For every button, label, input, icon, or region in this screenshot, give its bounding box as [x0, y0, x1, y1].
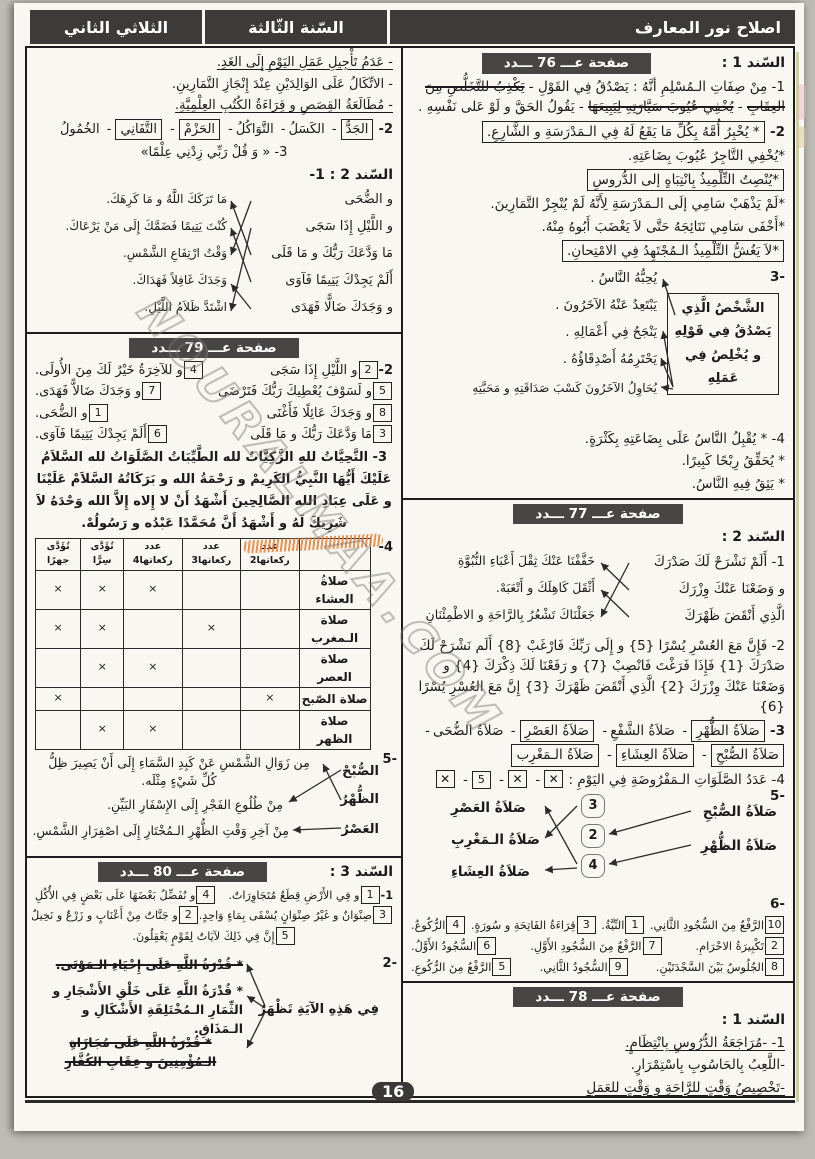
section-79-header: صفحة عـــ 79 ـــدد	[35, 338, 393, 358]
boxed-answer: *لاَ يَغُشُّ التِّلْمِيذُ الـمُجْتَهِدُ …	[562, 240, 784, 262]
page-number: 16	[372, 1082, 414, 1101]
r77-q6-row3: 8الجُلُوسُ بَيْنَ السَّجْدَتَيْنِ. 9السُ…	[411, 958, 785, 977]
l79-q2-row2: 5و لَسَوْفَ يُعْطِيكَ رَبُّكَ فَتَرْضَى …	[35, 382, 393, 402]
l80-q2-pivot: فِي هَذِهِ الآيَةِ تَظْهَرُ	[258, 1000, 379, 1020]
sanad-3-label: السّند 3 :	[330, 862, 393, 883]
header-title-label: اصلاح نور المعارف	[635, 18, 781, 37]
header-trimester-label: الثلاثي الثاني	[64, 18, 168, 37]
boxed-answer: الحَزْمْ	[179, 119, 220, 141]
match-item: يُحَاوِلُ الآخَرُونَ كَسْبَ صَدَاقَتِهِ …	[472, 379, 657, 397]
match-item: وَجَدَكَ غَافِلاً فَهَدَاكَ.	[133, 271, 227, 289]
match-item: صَلاَةُ العَصْرِ	[451, 798, 526, 818]
left-column: - عَدَمُ تَأْجِيلِ عَمَلِ اليَوْمِ إِلَى…	[25, 46, 403, 1098]
r78-line1: 1- -مُرَاجَعَةُ الدُّرُوسِ بِانْتِظَامٍ.	[411, 1033, 785, 1053]
section-80-header: السّند 3 : صفحة عـــ 80 ـــدد	[35, 862, 393, 883]
r76-q2-line4: *لَمْ يَذْهَبْ سَامِي إلَى الـمَدْرَسَةِ…	[411, 194, 785, 214]
boxed-answer: التَّفَانِي	[115, 119, 162, 141]
page-80-badge: صفحة عـــ 80 ـــدد	[98, 862, 267, 882]
l79-q2-row4: 3مَا وَدَّعَكَ رَبُّكَ و مَا قَلَى 6أَلَ…	[35, 425, 393, 445]
table-row: صلاة الصّبح ××	[36, 687, 371, 710]
match-item: و وَضَعْنَا عَنْكَ وِزْرَكَ	[679, 579, 785, 599]
answer-circle: 3	[581, 794, 605, 818]
l79-q4-label: 4-	[379, 538, 393, 558]
match-item: أَلَمْ يَجِدْكَ يَتِيمًا فَآوَى	[285, 271, 393, 291]
header-grade: السّنة الثّالثة	[205, 10, 387, 44]
page-79-badge: صفحة عـــ 79 ـــدد	[129, 338, 298, 358]
match-item: مِن زَوَالِ الشَّمْسِ عَنْ كَبِدِ السَّم…	[39, 754, 319, 792]
scan-smudge-tan	[796, 126, 806, 148]
r77-q1-matching: 1- أَلَمْ نَشْرَحْ لَكَ صَدْرَكَ و وَضَع…	[411, 550, 785, 634]
match-item: كُنْتَ يَتِيمًا فَضَمَّكَ إِلَى مَنْ يَر…	[65, 217, 227, 235]
r77-q4-line: 4- عَدَدُ الصَّلَوَاتِ الـمَفْرُوضَةِ فِ…	[411, 770, 785, 790]
table-header: عدد ركعاتها2	[241, 539, 300, 571]
r76-q1-text: 1- مِنْ صِفَاتِ الـمُسْلِمِ أنَّهُ : يَص…	[529, 79, 785, 95]
ltop-q3-line: 3- « وَ قُلْ رَبِّي زِدْنِي عِلْمًا»	[35, 143, 393, 163]
table-row: صلاة الظهر ××	[36, 710, 371, 749]
r76-q4-line2: * يُحَقِّقُ رِبْحًا كَبِيرًا.	[411, 451, 785, 471]
l80-q1-row3: 5إِنَّ فِي ذَلِكَ لآيَاتٌ لِقَوْمٍ يَعْق…	[35, 927, 393, 946]
table-header-row: عدد ركعاتها2 عدد ركعاتها3 عدد ركعاتها4 ت…	[36, 539, 371, 571]
section-divider	[403, 981, 793, 983]
boxed-answer: الجَدُّ	[341, 119, 374, 141]
match-item: * قُدْرَةُ اللَّهِ عَلَى مُجَازَاةِ الـم…	[48, 1034, 233, 1072]
page-header: الثلاثي الثاني السّنة الثّالثة اصلاح نور…	[30, 10, 795, 44]
boxed-answer: * يُخْبِرُ أُمَّهُ بِكُلِّ مَا يَقَعُ لَ…	[482, 121, 765, 143]
boxed-answer: صَلاَةُ العَصْرِ	[520, 720, 594, 742]
ls2-matching: و الضُّحَى و اللَّيْلِ إِذَا سَجَى مَا و…	[35, 188, 393, 328]
sanad-1-label: السّند 1 :	[722, 53, 785, 74]
section-divider	[27, 332, 401, 334]
r76-q2-line6: *لاَ يَغُشُّ التِّلْمِيذُ الـمُجْتَهِدُ …	[411, 239, 785, 263]
sanad-2-label: السّند 2 :	[411, 527, 785, 548]
answer-box: 5	[472, 771, 491, 789]
page-76-badge: صفحة عـــ 76 ـــدد	[482, 53, 651, 73]
match-item: الَّذِي أَنْقَضَ ظَهْرَكَ	[684, 606, 785, 626]
match-item: و اللَّيْلِ إِذَا سَجَى	[306, 217, 393, 237]
r76-q4-line1: 4- * يُقْبِلُ النَّاسُ عَلَى بِضَاعَتِهِ…	[411, 429, 785, 449]
section-76-header: السّند 1 : صفحة عـــ 76 ـــدد	[411, 53, 785, 74]
l80-q1-row1: 1-1و فِي الأَرْضِ قِطَعٌ مُتَجَاوِرَاتٌ.…	[35, 886, 393, 905]
r76-q3-matching: -3 الشَّخْصُ الَّذِي يَصْدُقُ فِي قَوْلِ…	[411, 267, 785, 425]
page-77-badge: صفحة عـــ 77 ـــدد	[513, 504, 682, 524]
r76-q2-line3: *يُنْصِتُ التِّلْمِيذُ بِانْتِبَاهٍ إلى …	[411, 168, 785, 192]
header-grade-label: السّنة الثّالثة	[248, 18, 344, 37]
match-item: صَلاَةُ العِشَاءِ	[451, 862, 530, 882]
table-header: تُؤَدَّى جهرًا	[36, 539, 81, 571]
crossed-box: ✕	[436, 770, 455, 788]
r76-q2-line2: *يُخْفِي التَّاجِرُ عُيُوبَ بِضَاعَتِهِ.	[411, 146, 785, 166]
r76-q3-pivot-box: الشَّخْصُ الَّذِي يَصْدُقُ فِي قَوْلِهِ …	[667, 293, 779, 395]
answer-circle: 2	[581, 824, 605, 848]
match-item: يَنْجَحُ فِي أَعْمَالِهِ .	[565, 323, 657, 343]
table-row: صلاة العصر ××	[36, 648, 371, 687]
r77-q6-row2: 2تَكْبِيرَةُ الاحْرَامِ. 7الرَّفْعُ مِنَ…	[411, 937, 785, 956]
ltop-line1: - عَدَمُ تَأْجِيلِ عَمَلِ اليَوْمِ إِلَى…	[35, 53, 393, 73]
match-item: يَحْتَرِمُهُ أَصْدِقَاؤُهُ .	[563, 350, 657, 370]
table-row: صلاة الـمغرب ×××	[36, 609, 371, 648]
table-header: عدد ركعاتها3	[182, 539, 241, 571]
r78-line2: -اللَّعِبُ بِالحَاسُوبِ بِاسْتِمْرَارٍ.	[411, 1055, 785, 1075]
r76-q1: 1- مِنْ صِفَاتِ الـمُسْلِمِ أنَّهُ : يَص…	[411, 77, 785, 118]
match-item: يَبْتَعِدُ عَنْهُ الآخَرُونَ .	[555, 296, 657, 316]
r77-q3-line: 3- صَلاَةُ الظُّهْرِ- صَلاَةُ الشَّفْعِ-…	[411, 719, 785, 768]
page-78-badge: صفحة عـــ 78 ـــدد	[513, 987, 682, 1007]
ltop-line3: - مُطَالَعَةُ القِصَصِ و قِرَاءَةُ الكُت…	[35, 96, 393, 116]
boxed-answer: صَلاَةُ الـمَغْرِب	[511, 744, 598, 766]
footer-rule	[25, 1100, 795, 1103]
section-divider	[27, 856, 401, 858]
match-item: الصُّبْحْ	[342, 762, 379, 782]
sanad-1-label-78: السّند 1 :	[411, 1010, 785, 1031]
r77-q6-row1: 10الرَّفْعُ مِنَ السُّجُودِ الثَّانِي. 1…	[411, 916, 785, 935]
answer-circle: 4	[581, 854, 605, 878]
match-item: وَقْتُ ارْتِفَاعِ الشَّمْسِ.	[123, 244, 227, 262]
l80-q1-row2: 3صِنْوَانٌ و غَيْرُ صِنْوَانٍ يُسْقَى بِ…	[35, 906, 393, 925]
boxed-answer: صَلاَةُ الصُّبْحِ	[711, 744, 784, 766]
section-divider	[403, 498, 793, 500]
r78-line3: -تَخْصِيصُ وَقْتٍ للرَّاحَةِ و وَقْتٍ لل…	[411, 1078, 785, 1098]
table-row: صلاةُ العشاء ×××	[36, 570, 371, 609]
boxed-answer: صَلاَةُ العِشَاءِ	[616, 744, 694, 766]
r77-q6-label: -6	[411, 894, 785, 914]
sanad-2-label-left: السّند 2 : 1-	[35, 165, 393, 186]
r77-q5-matching: -5 صَلاَةُ الصُّبْحِ صَلاَةُ الظُّهْرِ 3…	[411, 792, 785, 892]
match-item: مِنْ طُلُوعِ الفَجْرِ إِلَى الإِسْفَارِ …	[107, 796, 283, 815]
scan-smudge-pink	[797, 84, 806, 120]
section-77-header: صفحة عـــ 77 ـــدد	[411, 504, 785, 524]
r77-q2-paragraph: 2- فَإِنَّ مَعَ العُسْرِ يُسْرًا {5} و إ…	[411, 636, 785, 717]
l79-q2-row1: 2-2و اللَّيْلِ إِذَا سَجَى 4و للآخِرَةُ …	[35, 361, 393, 381]
match-item: أَثْقَلَ كَاهِلَكَ و أَتْعَبَهْ.	[496, 579, 595, 598]
boxed-answer: صَلاَةُ الظُّهْرِ	[691, 720, 765, 742]
boxed-answer: *يُنْصِتُ التِّلْمِيذُ بِانْتِبَاهٍ إلى …	[587, 169, 784, 191]
match-item: و الضُّحَى	[345, 190, 393, 210]
l79-q5-matching: -5 الصُّبْحْ الظُّهْرُ العَصْرُ مِن زَوَ…	[35, 754, 393, 852]
prayers-table: عدد ركعاتها2 عدد ركعاتها3 عدد ركعاتها4 ت…	[35, 538, 371, 750]
scan-edge-strip	[796, 52, 799, 1102]
match-item: صَلاَةُ الظُّهْرِ	[701, 836, 777, 856]
match-item: العَصْرُ	[341, 820, 379, 840]
table-header: تُؤَدَّى سِرًّا	[81, 539, 124, 571]
match-item: و وَجَدَكَ ضَالًّا فَهَدَى	[291, 298, 393, 318]
match-item: مِنْ آخِرِ وَقْتِ الظُّهْرِ الـمُخْتَارِ…	[32, 822, 289, 841]
l79-q3-paragraph: 3- التَّحِيَّاتُ للهِ الزَّكِيَّاتُ لله …	[35, 447, 393, 535]
r76-q4-line3: * يَثِقُ فِيهِ النَّاسُ.	[411, 474, 785, 494]
match-item: * قُدْرَةُ اللَّهِ عَلَى إِحْيَاءِ الـمَ…	[56, 956, 243, 975]
table-header-name	[299, 539, 370, 571]
match-item: اشْتَدَّ ظَلاَمُ اللَّيْلِ.	[144, 298, 227, 316]
crossed-box: ✕	[544, 770, 563, 788]
l79-q2-row3: 8و وَجَدَكَ عَائِلًا فَأَغْنَى 1و الضُّح…	[35, 404, 393, 424]
match-item: خَفَّفْنَا عَنْكَ ثِقْلَ أَعْبَاءِ النُّ…	[458, 552, 595, 571]
match-item: * قُدْرَةُ اللَّهِ عَلَى خَلْقِ الأَشْجَ…	[38, 982, 243, 1038]
table-header: عدد ركعاتها4	[124, 539, 183, 571]
match-item: يُحِبُّهُ النَّاسُ .	[590, 269, 657, 289]
l79-q4: 4- عدد ركعاتها2 عدد ركعاتها3 عدد ركعاتها…	[35, 538, 393, 750]
match-item: صَلاَةُ الصُّبْحِ	[703, 802, 777, 822]
r76-q2-line1: 2- * يُخْبِرُ أُمَّهُ بِكُلِّ مَا يَقَعُ…	[411, 120, 785, 144]
match-item: مَا تَرَكَكَ اللَّهُ و مَا كَرِهَكَ.	[106, 190, 227, 208]
match-item: مَا وَدَّعَكَ رَبُّكَ و مَا قَلَى	[271, 244, 393, 264]
ltop-line2: - الاتِّكَالُ عَلَى الوَالِدَيْنِ عِنْدَ…	[35, 75, 393, 95]
r76-q2-line5: *أَخْفَى سَامِي نَتَائِجَهُ حَتَّى لاَ ي…	[411, 217, 785, 237]
header-trimester: الثلاثي الثاني	[30, 10, 202, 44]
match-item: صَلاَةُ الـمَغْرِبِ	[451, 830, 540, 850]
match-item: جَعَلْنَاكَ تَشْعُرُ بِالرَّاحَةِ و الاط…	[426, 606, 595, 625]
l80-q2-matching: -2 فِي هَذِهِ الآيَةِ تَظْهَرُ * قُدْرَة…	[35, 954, 393, 1084]
match-item: 1- أَلَمْ نَشْرَحْ لَكَ صَدْرَكَ	[654, 552, 785, 572]
match-item: الظُّهْرُ	[340, 790, 379, 810]
r76-q1-strike2: يُخْفِي عُيُوبَ سَيَّارَتِهِ لِيَبِيعَهَ…	[588, 99, 733, 115]
section-78-header: صفحة عـــ 78 ـــدد	[411, 987, 785, 1007]
right-column: السّند 1 : صفحة عـــ 76 ـــدد 1- مِنْ صِ…	[401, 46, 795, 1098]
crossed-box: ✕	[508, 770, 527, 788]
header-title: اصلاح نور المعارف	[390, 10, 795, 44]
ltop-q2-line: 2- الجَدُّ- الكَسَلُ- التَّوَاكُلُ- الحَ…	[35, 118, 393, 142]
